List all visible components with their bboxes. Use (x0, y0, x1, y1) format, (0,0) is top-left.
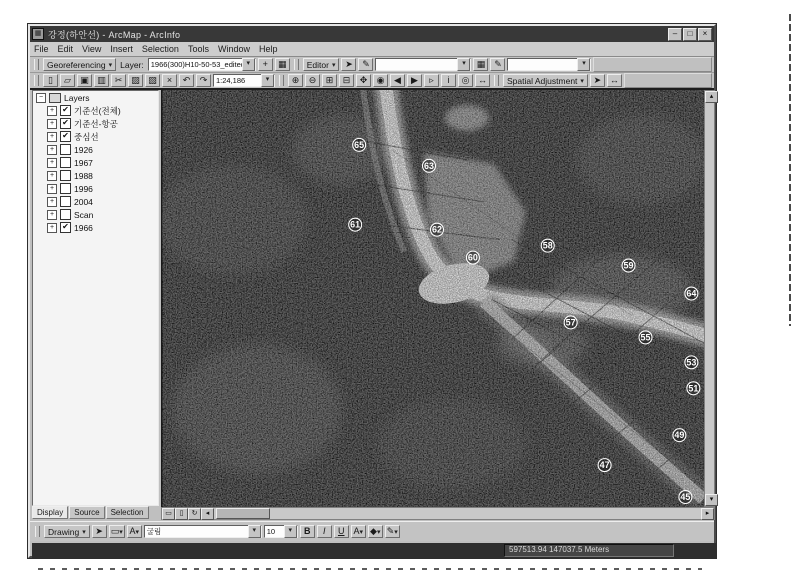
expand-icon[interactable]: + (47, 106, 57, 116)
scroll-down-button[interactable]: ▾ (705, 494, 718, 506)
table-icon: ▦ (278, 59, 287, 69)
layer-name[interactable]: 1996 (74, 184, 93, 194)
scissors-icon: ✂ (115, 75, 123, 85)
font-name-value: 굴림 (145, 526, 248, 537)
fixed-zoom-out-icon: ⊟ (343, 75, 351, 85)
layer-name[interactable]: 1966 (74, 223, 93, 233)
find-button[interactable]: ◎ (458, 74, 473, 87)
editor-attributes-button[interactable]: ▦ (473, 58, 488, 71)
underline-button[interactable]: U (334, 525, 349, 538)
font-combobox[interactable]: 굴림 ▾ (144, 525, 262, 538)
docked-toolbar-spacer (593, 57, 712, 72)
attributes-icon: ▦ (477, 59, 486, 69)
pan-hand-icon: ✥ (360, 75, 368, 85)
zoom-out-button[interactable]: ⊖ (305, 74, 320, 87)
toolbar-grip[interactable] (35, 526, 40, 537)
expand-icon[interactable]: + (47, 223, 57, 233)
map-label-text: 65 (354, 140, 364, 150)
toolbar-drawing: Drawing ▾ ➤ ▭▾ A▾ 굴림 ▾ 10 ▾ B I U A▾ ◆▾ … (30, 521, 714, 541)
chevron-down-icon: ▾ (119, 529, 123, 536)
chevron-down-icon[interactable]: ▾ (457, 58, 470, 71)
toc-layer-row[interactable]: +✔중심선 (33, 130, 158, 143)
scroll-up-button[interactable]: ▴ (705, 91, 718, 103)
save-icon: ▣ (80, 75, 89, 85)
expand-icon[interactable]: + (47, 184, 57, 194)
toolbar-standard-tools: ▯ ▱ ▣ ▥ ✂ ▨ ▧ × ↶ ↷ 1:24,186 ▾ ⊕ ⊖ ⊞ ⊟ ✥… (30, 73, 714, 90)
select-features-icon: ▹ (429, 75, 434, 85)
refresh-icon: ↻ (192, 510, 198, 517)
scrollbar-thumb[interactable] (216, 508, 270, 519)
paste-button[interactable]: ▧ (145, 74, 160, 87)
rectangle-icon: ▭ (111, 526, 120, 536)
georeferencing-label: Georeferencing (47, 60, 106, 70)
chevron-down-icon: ▾ (394, 529, 398, 536)
map-label-text: 63 (424, 161, 434, 171)
redo-icon: ↷ (200, 75, 208, 85)
layout-view-button[interactable]: ▯ (175, 508, 188, 520)
line-color-button[interactable]: ✎▾ (385, 525, 400, 538)
toc-tab-selection[interactable]: Selection (106, 506, 149, 519)
italic-button[interactable]: I (317, 525, 332, 538)
arrow-up-icon: ▴ (710, 93, 714, 100)
layer-visibility-checkbox[interactable]: ✔ (60, 118, 71, 129)
scanned-page: ▦ 강정(하안선) - ArcMap - ArcInfo – □ × FileE… (0, 0, 800, 578)
printer-icon: ▥ (97, 75, 106, 85)
drawing-label: Drawing (48, 527, 79, 537)
map-canvas: 656361626058596457555351494745 (162, 90, 705, 507)
refresh-view-button[interactable]: ↻ (188, 508, 201, 520)
toc-layer-row[interactable]: +✔기준선(전체) (33, 104, 158, 117)
layer-visibility-checkbox[interactable] (60, 144, 71, 155)
chevron-down-icon: ▾ (332, 61, 336, 69)
new-map-button[interactable]: ▯ (43, 74, 58, 87)
select-features-button[interactable]: ▹ (424, 74, 439, 87)
toc-tab-display[interactable]: Display (32, 506, 68, 519)
arrow-right-icon: ▸ (706, 510, 710, 517)
layout-view-icon: ▯ (180, 510, 184, 517)
map-viewport[interactable]: 656361626058596457555351494745 (161, 90, 705, 507)
layer-name[interactable]: Scan (74, 210, 93, 220)
layer-visibility-checkbox[interactable]: ✔ (60, 105, 71, 116)
pencil-icon: ✎ (362, 59, 370, 69)
toc-root-row[interactable]: − Layers (33, 91, 158, 104)
fill-color-icon: ◆ (370, 526, 377, 536)
chevron-down-icon: ▾ (359, 529, 363, 536)
scan-grain-light (163, 90, 705, 507)
sketch-tool-button[interactable]: ✎ (358, 58, 373, 71)
go-forward-extent-button[interactable]: ▶ (407, 74, 422, 87)
georeferencing-layer-combobox[interactable]: 1966(300)H10-50-53_edited.tif ▾ (148, 58, 256, 71)
expand-icon[interactable]: + (47, 132, 57, 142)
layer-visibility-checkbox[interactable] (60, 196, 71, 207)
drawbar-spacer (402, 525, 711, 538)
scale-value: 1:24,186 (214, 76, 261, 85)
toc-tab-source[interactable]: Source (69, 506, 104, 519)
georeferencing-menu-button[interactable]: Georeferencing ▾ (43, 58, 116, 71)
cut-button[interactable]: ✂ (111, 74, 126, 87)
expand-icon[interactable]: + (47, 158, 57, 168)
docked-toolbar-spacer (624, 73, 712, 88)
expand-icon[interactable]: + (47, 145, 57, 155)
fill-color-button[interactable]: ◆▾ (368, 525, 383, 538)
layer-name[interactable]: 기준선-항공 (74, 118, 118, 130)
coordinate-readout: 597513.94 147037.5 Meters (504, 544, 674, 557)
adjustment-select-button[interactable]: ➤ (590, 74, 605, 87)
crosshair-icon: + (263, 59, 268, 69)
add-control-points-button[interactable]: + (258, 58, 273, 71)
select-arrow-icon: ➤ (594, 75, 602, 85)
map-horizontal-scrollbar[interactable]: ▭ ▯ ↻ ◂ ▸ (161, 507, 715, 520)
layer-visibility-checkbox[interactable]: ✔ (60, 131, 71, 142)
spatial-adjustment-label: Spatial Adjustment (507, 76, 577, 86)
chevron-down-icon[interactable]: ▾ (284, 525, 297, 538)
editor-task-combobox[interactable]: ▾ (375, 58, 471, 71)
font-size-combobox[interactable]: 10 ▾ (264, 525, 298, 538)
select-elements-button[interactable]: ➤ (92, 525, 107, 538)
map-label-text: 47 (600, 460, 610, 470)
map-label-text: 61 (350, 220, 360, 230)
window-title: 강정(하안선) - ArcMap - ArcInfo (48, 28, 667, 41)
drawing-menu-button[interactable]: Drawing ▾ (44, 525, 90, 538)
paste-icon: ▧ (148, 75, 157, 85)
layer-combobox-value: 1966(300)H10-50-53_edited.tif (149, 60, 242, 69)
delete-button[interactable]: × (162, 74, 177, 87)
map-label-text: 49 (674, 430, 684, 440)
data-view-icon: ▭ (165, 510, 172, 517)
go-back-extent-button[interactable]: ◀ (390, 74, 405, 87)
map-label-text: 51 (688, 383, 698, 393)
chevron-down-icon: ▾ (82, 528, 86, 536)
back-arrow-icon: ◀ (394, 75, 401, 85)
redo-button[interactable]: ↷ (196, 74, 211, 87)
toc-layer-list: +✔기준선(전체)+✔기준선-항공+✔중심선+1926+1967+1988+19… (33, 104, 158, 234)
map-label-text: 57 (566, 317, 576, 327)
toc-layer-row[interactable]: +1996 (33, 182, 158, 195)
zoom-in-icon: ⊕ (292, 75, 300, 85)
map-scale-combobox[interactable]: 1:24,186 ▾ (213, 74, 275, 87)
map-vertical-scrollbar[interactable]: ▴ ▾ (704, 90, 715, 507)
forward-arrow-icon: ▶ (411, 75, 418, 85)
editor-menu-button[interactable]: Editor ▾ (303, 58, 340, 71)
editor-target-combobox[interactable]: ▾ (507, 58, 591, 71)
chevron-down-icon: ▾ (109, 61, 113, 69)
fixed-zoom-out-button[interactable]: ⊟ (339, 74, 354, 87)
menu-item-file[interactable]: File (34, 44, 49, 54)
chevron-down-icon[interactable]: ▾ (248, 525, 261, 538)
menu-item-view[interactable]: View (82, 44, 101, 54)
view-link-table-button[interactable]: ▦ (275, 58, 290, 71)
identify-icon: i (448, 75, 450, 85)
new-document-icon: ▯ (48, 75, 53, 85)
spatial-adjustment-menu-button[interactable]: Spatial Adjustment ▾ (503, 74, 588, 87)
link-icon: ↔ (610, 75, 619, 85)
table-of-contents: − Layers +✔기준선(전체)+✔기준선-항공+✔중심선+1926+196… (32, 90, 159, 506)
binoculars-icon: ◎ (462, 75, 470, 85)
measure-button[interactable]: ↔ (475, 74, 490, 87)
full-extent-button[interactable]: ◉ (373, 74, 388, 87)
undo-icon: ↶ (183, 75, 191, 85)
shape-tool-button[interactable]: ▭▾ (109, 525, 125, 538)
layer-name[interactable]: 중심선 (74, 131, 99, 143)
close-button[interactable]: × (698, 28, 712, 41)
arcmap-app-icon: ▦ (32, 28, 44, 40)
editor-label: Editor (307, 60, 329, 70)
title-bar: ▦ 강정(하안선) - ArcMap - ArcInfo – □ × (30, 26, 714, 42)
toolbar-grip[interactable] (494, 75, 499, 86)
toc-layer-row[interactable]: +✔1966 (33, 221, 158, 234)
toolbar-georeferencing-editor: Georeferencing ▾ Layer: 1966(300)H10-50-… (30, 57, 714, 73)
globe-icon: ◉ (377, 75, 385, 85)
toolbar-grip[interactable] (34, 75, 39, 86)
identify-button[interactable]: i (441, 74, 456, 87)
layer-label: Layer: (118, 60, 146, 70)
expand-icon[interactable]: + (47, 119, 57, 129)
fixed-zoom-in-icon: ⊞ (326, 75, 334, 85)
map-label-text: 64 (686, 289, 696, 299)
toc-root-label[interactable]: Layers (64, 93, 90, 103)
ruler-icon: ↔ (478, 75, 487, 85)
menu-item-insert[interactable]: Insert (110, 44, 133, 54)
pan-button[interactable]: ✥ (356, 74, 371, 87)
font-size-value: 10 (265, 527, 284, 536)
toc-layer-row[interactable]: +1988 (33, 169, 158, 182)
layer-name[interactable]: 1967 (74, 158, 93, 168)
menu-item-selection[interactable]: Selection (142, 44, 179, 54)
status-bar: 597513.94 147037.5 Meters (32, 543, 716, 558)
map-label-text: 58 (543, 241, 553, 251)
toc-layer-row[interactable]: +Scan (33, 208, 158, 221)
collapse-icon[interactable]: − (36, 93, 46, 103)
edit-arrow-icon: ➤ (345, 59, 353, 69)
arcmap-window: ▦ 강정(하안선) - ArcMap - ArcInfo – □ × FileE… (28, 24, 716, 558)
map-label-text: 59 (624, 261, 634, 271)
menu-item-help[interactable]: Help (259, 44, 278, 54)
map-label-text: 45 (680, 492, 690, 502)
scroll-right-button[interactable]: ▸ (701, 508, 714, 520)
layer-name[interactable]: 1926 (74, 145, 93, 155)
map-label-text: 53 (686, 357, 696, 367)
layer-visibility-checkbox[interactable] (60, 157, 71, 168)
zoom-out-icon: ⊖ (309, 75, 317, 85)
text-tool-button[interactable]: A▾ (127, 525, 142, 538)
chevron-down-icon: ▾ (580, 77, 584, 85)
properties-icon: ✎ (494, 59, 502, 69)
toc-layer-row[interactable]: +1967 (33, 156, 158, 169)
new-displacement-link-button[interactable]: ↔ (607, 74, 622, 87)
chevron-down-icon[interactable]: ▾ (261, 74, 274, 87)
scan-artifact-right-edge (789, 14, 791, 326)
chevron-down-icon: ▾ (135, 529, 139, 536)
chevron-down-icon: ▾ (377, 529, 381, 536)
layer-visibility-checkbox[interactable] (60, 209, 71, 220)
font-color-button[interactable]: A▾ (351, 525, 366, 538)
layers-folder-icon (49, 93, 61, 103)
layer-visibility-checkbox[interactable] (60, 183, 71, 194)
editor-sketch-properties-button[interactable]: ✎ (490, 58, 505, 71)
select-arrow-icon: ➤ (95, 526, 103, 536)
arrow-left-icon: ◂ (206, 510, 210, 517)
copy-icon: ▨ (131, 75, 140, 85)
maximize-button[interactable]: □ (683, 28, 697, 41)
arrow-down-icon: ▾ (710, 496, 714, 503)
expand-icon[interactable]: + (47, 197, 57, 207)
layer-visibility-checkbox[interactable]: ✔ (60, 222, 71, 233)
delete-icon: × (167, 75, 172, 85)
data-view-button[interactable]: ▭ (162, 508, 175, 520)
zoom-in-button[interactable]: ⊕ (288, 74, 303, 87)
map-label-text: 60 (468, 253, 478, 263)
toolbar-grip[interactable] (294, 59, 299, 70)
print-button[interactable]: ▥ (94, 74, 109, 87)
fixed-zoom-in-button[interactable]: ⊞ (322, 74, 337, 87)
minimize-button[interactable]: – (668, 28, 682, 41)
layer-name[interactable]: 기준선(전체) (74, 105, 121, 117)
layer-name[interactable]: 2004 (74, 197, 93, 207)
map-label-text: 62 (432, 225, 442, 235)
menu-item-tools[interactable]: Tools (188, 44, 209, 54)
open-folder-icon: ▱ (64, 75, 71, 85)
scan-artifact-bottom-edge (38, 568, 702, 570)
chevron-down-icon[interactable]: ▾ (577, 58, 590, 71)
toc-layer-row[interactable]: +1926 (33, 143, 158, 156)
toc-layer-row[interactable]: +✔기준선-항공 (33, 117, 158, 130)
expand-icon[interactable]: + (47, 210, 57, 220)
layer-name[interactable]: 1988 (74, 171, 93, 181)
edit-tool-button[interactable]: ➤ (341, 58, 356, 71)
copy-button[interactable]: ▨ (128, 74, 143, 87)
map-label-text: 55 (640, 332, 650, 342)
bold-button[interactable]: B (300, 525, 315, 538)
menu-item-window[interactable]: Window (218, 44, 250, 54)
toolbar-grip[interactable] (34, 59, 39, 70)
chevron-down-icon[interactable]: ▾ (242, 58, 255, 71)
toc-layer-row[interactable]: +2004 (33, 195, 158, 208)
layer-visibility-checkbox[interactable] (60, 170, 71, 181)
open-map-button[interactable]: ▱ (60, 74, 75, 87)
menu-item-edit[interactable]: Edit (58, 44, 74, 54)
toolbar-grip[interactable] (279, 75, 284, 86)
save-button[interactable]: ▣ (77, 74, 92, 87)
toc-tabs: DisplaySourceSelection (32, 506, 149, 519)
scroll-left-button[interactable]: ◂ (201, 508, 214, 520)
expand-icon[interactable]: + (47, 171, 57, 181)
menu-bar: FileEditViewInsertSelectionToolsWindowHe… (30, 42, 714, 57)
undo-button[interactable]: ↶ (179, 74, 194, 87)
